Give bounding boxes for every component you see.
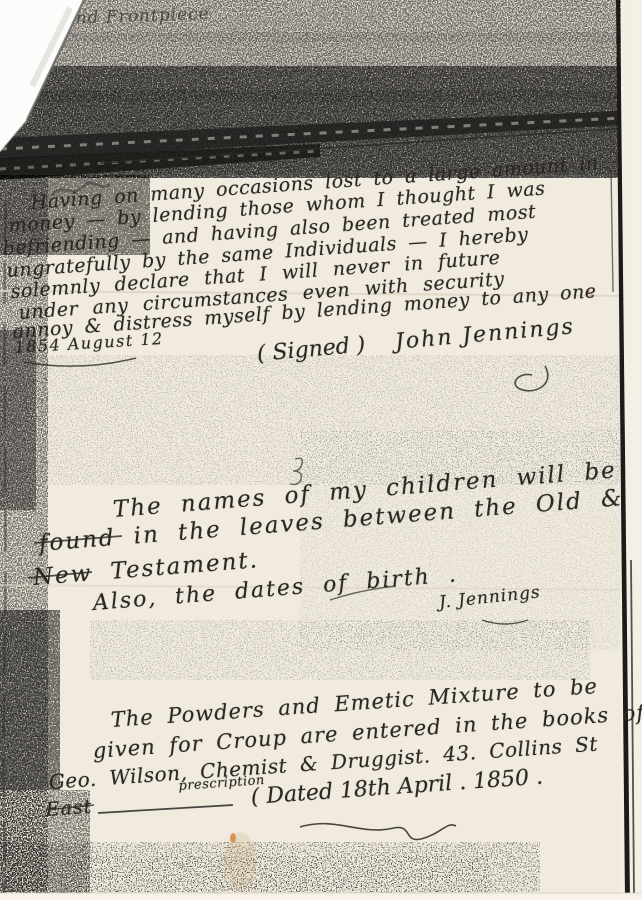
scanned-document-page: behind Frontpiece Small Bible Having on … [0, 0, 642, 900]
signature-john-jennings: John Jennings [394, 314, 576, 355]
handwriting-layer: Having on many occasions lost to a large… [0, 0, 642, 900]
signed-label: ( Signed ) [256, 333, 366, 367]
prescription-line-4-east: East [45, 796, 93, 821]
